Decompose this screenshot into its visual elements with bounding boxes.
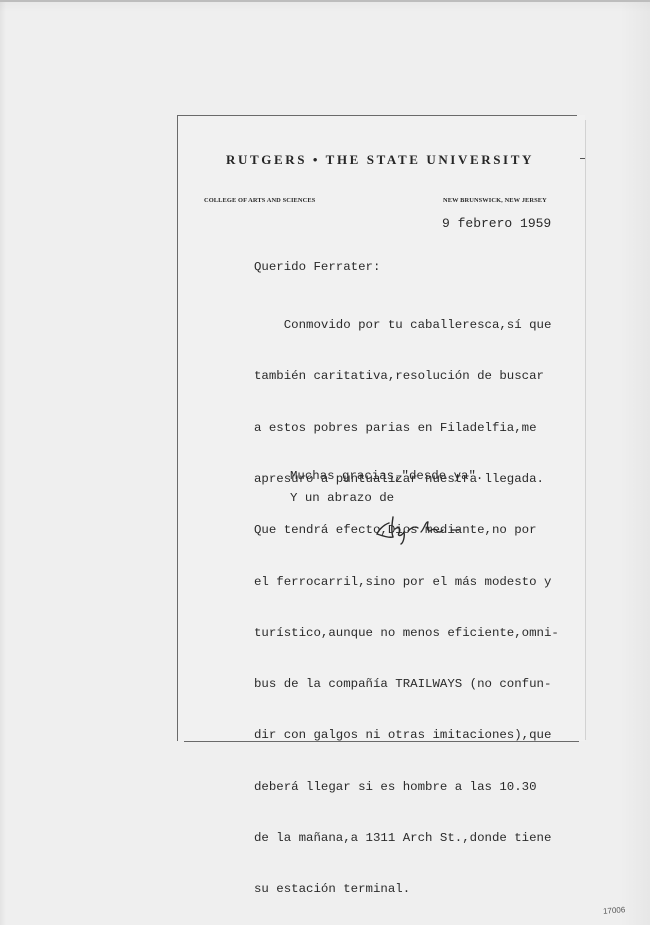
body-line: el ferrocarril,sino por el más modesto y: [254, 574, 559, 591]
letter-border-top: [177, 115, 577, 116]
body-line: su estación terminal.: [254, 881, 559, 898]
margin-mark: [580, 158, 585, 159]
letterhead-college: College of Arts and Sciences: [204, 197, 315, 204]
archive-number: 17006: [603, 905, 626, 916]
scan-top-edge: [0, 0, 650, 2]
closing-embrace: Y un abrazo de: [290, 491, 394, 505]
letter-border-left: [177, 116, 178, 741]
body-line: Conmovido por tu caballeresca,sí que: [254, 317, 559, 334]
body-line: a estos pobres parias en Filadelfia,me: [254, 420, 559, 437]
letter-salutation: Querido Ferrater:: [254, 260, 380, 274]
letter-body: Conmovido por tu caballeresca,sí que tam…: [254, 283, 559, 915]
signature-icon: [375, 515, 470, 545]
body-line: también caritativa,resolución de buscar: [254, 368, 559, 385]
body-line: dir con galgos ni otras imitaciones),que: [254, 727, 559, 744]
body-line: turístico,aunque no menos eficiente,omni…: [254, 625, 559, 642]
letter-border-right: [585, 120, 586, 740]
letterhead-location: New Brunswick, New Jersey: [443, 197, 547, 204]
letterhead-institution: RUTGERS • THE STATE UNIVERSITY: [180, 152, 580, 168]
body-line: de la mañana,a 1311 Arch St.,donde tiene: [254, 830, 559, 847]
body-line: bus de la compañía TRAILWAYS (no confun-: [254, 676, 559, 693]
closing-thanks: Muchas gracias,"desde ya".: [290, 469, 483, 483]
body-line: deberá llegar si es hombre a las 10.30: [254, 779, 559, 796]
letter-date: 9 febrero 1959: [442, 216, 551, 231]
